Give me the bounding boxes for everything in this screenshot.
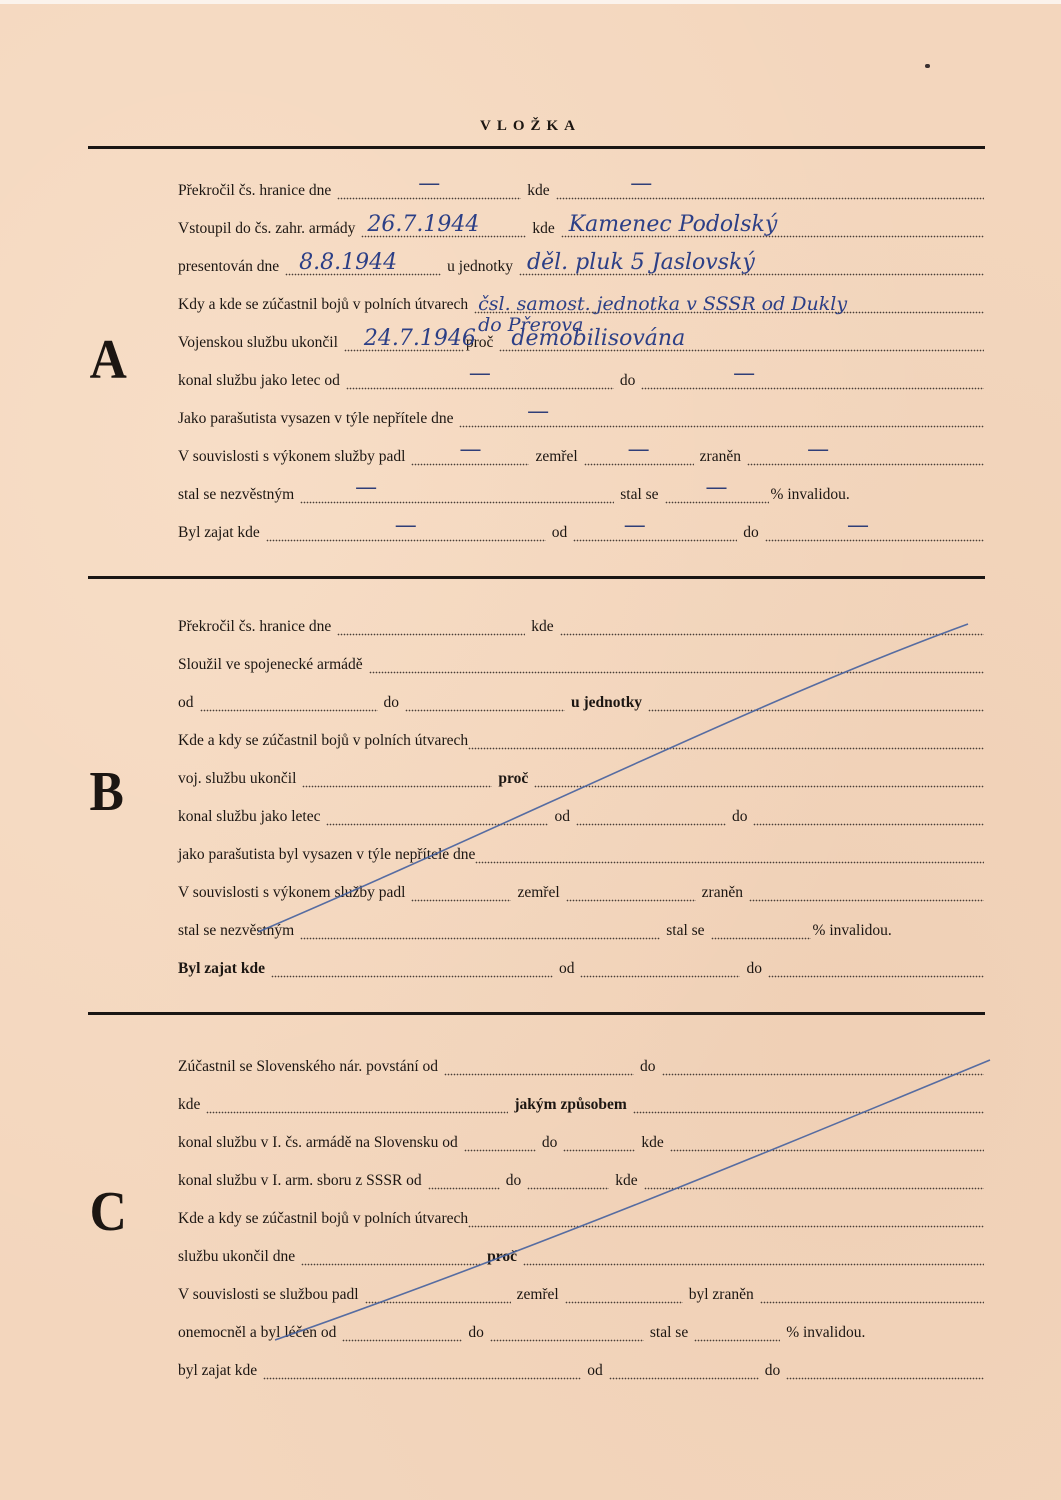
missing-field[interactable]: [300, 922, 660, 940]
page-top-edge: [0, 0, 1061, 4]
field-label: onemocněl a byl léčen od: [178, 1324, 342, 1342]
field-label: u jednotky: [565, 694, 648, 712]
fell-field[interactable]: —: [411, 448, 529, 466]
field-label: Vstoupil do čs. zahr. armády: [178, 220, 361, 238]
died-field[interactable]: [565, 1286, 683, 1304]
field-label: stal se: [614, 486, 664, 504]
section-a-row: Překročil čs. hranice dne — kde —: [178, 178, 984, 200]
field-label: do: [740, 960, 768, 978]
field-label: konal službu v I. čs. armádě na Slovensk…: [178, 1134, 464, 1152]
field-label: zemřel: [529, 448, 583, 466]
unit-field[interactable]: děl. pluk 5 Jaslovský: [519, 258, 984, 276]
field-label: od: [546, 524, 574, 542]
captured-to-field[interactable]: —: [765, 524, 984, 542]
invalidity-percent-field[interactable]: —: [665, 486, 769, 504]
section-b-rule: [88, 1012, 985, 1015]
combat-units-field[interactable]: [468, 1210, 984, 1228]
section-b-row: jako parašutista byl vysazen v týle nepř…: [178, 842, 984, 864]
slovak-army-from-field[interactable]: [464, 1134, 536, 1152]
section-a-letter: A: [90, 328, 127, 392]
service-end-date-field[interactable]: [301, 1248, 481, 1266]
field-label: službu ukončil dne: [178, 1248, 301, 1266]
title-rule: [88, 146, 985, 149]
airman-to-field[interactable]: —: [641, 372, 984, 390]
field-label: do: [614, 372, 642, 390]
ussr-corps-place-field[interactable]: [644, 1172, 984, 1190]
field-label: Kde a kdy se zúčastnil bojů v polních út…: [178, 732, 468, 750]
handwritten-value: —: [747, 438, 889, 462]
illness-to-field[interactable]: [490, 1324, 644, 1342]
missing-field[interactable]: —: [300, 486, 614, 504]
handwritten-value: —: [665, 476, 769, 500]
section-b-row: Překročil čs. hranice dne kde: [178, 614, 984, 636]
section-b-row: voj. službu ukončil proč: [178, 766, 984, 788]
service-end-reason-field[interactable]: [523, 1248, 984, 1266]
field-label: Kde a kdy se zúčastnil bojů v polních út…: [178, 1210, 468, 1228]
field-suffix: % invalidou.: [769, 486, 856, 504]
handwritten-value: Kamenec Podolský: [569, 213, 992, 237]
field-label: stal se nezvěstným: [178, 922, 300, 940]
army-entry-place-field[interactable]: Kamenec Podolský: [561, 220, 984, 238]
captured-to-field[interactable]: [768, 960, 984, 978]
field-label: byl zajat kde: [178, 1362, 263, 1380]
uprising-place-field[interactable]: [206, 1096, 508, 1114]
section-a-row: Byl zajat kde — od — do —: [178, 520, 984, 542]
handwritten-value: —: [584, 438, 694, 462]
captured-from-field[interactable]: —: [573, 524, 737, 542]
field-label: do: [737, 524, 765, 542]
handwritten-value: demobilisována: [511, 327, 996, 351]
section-b-row: stal se nezvěstným stal se % invalidou.: [178, 918, 984, 940]
paratrooper-date-field[interactable]: [475, 846, 984, 864]
field-label: konal službu v I. arm. sboru z SSSR od: [178, 1172, 428, 1190]
field-label: proč: [481, 1248, 523, 1266]
border-crossing-place-field[interactable]: [560, 618, 984, 636]
handwritten-value: —: [641, 362, 847, 386]
airman-field[interactable]: [326, 808, 548, 826]
ussr-corps-to-field[interactable]: [527, 1172, 609, 1190]
section-a-row: V souvislosti s výkonem služby padl — ze…: [178, 444, 984, 466]
field-label: do: [462, 1324, 490, 1342]
combat-units-field[interactable]: [468, 732, 984, 750]
border-crossing-place-field[interactable]: —: [556, 182, 984, 200]
field-label: kde: [609, 1172, 643, 1190]
service-end-reason-field[interactable]: [534, 770, 984, 788]
section-c-letter: C: [90, 1180, 127, 1244]
field-label: Sloužil ve spojenecké armádě: [178, 656, 369, 674]
handwritten-value: —: [573, 514, 696, 538]
captured-place-field[interactable]: [263, 1362, 581, 1380]
captured-place-field[interactable]: —: [266, 524, 546, 542]
field-label: Zúčastnil se Slovenského nár. povstání o…: [178, 1058, 444, 1076]
uprising-to-field[interactable]: [662, 1058, 984, 1076]
captured-from-field[interactable]: [609, 1362, 759, 1380]
field-label: presentován dne: [178, 258, 285, 276]
field-label: Překročil čs. hranice dne: [178, 618, 337, 636]
captured-from-field[interactable]: [580, 960, 740, 978]
uprising-manner-field[interactable]: [633, 1096, 984, 1114]
field-suffix: % invalidou.: [780, 1324, 871, 1342]
captured-to-field[interactable]: [786, 1362, 984, 1380]
allied-unit-field[interactable]: [648, 694, 984, 712]
wounded-field[interactable]: [749, 884, 984, 902]
handwritten-value: —: [765, 514, 951, 538]
field-label: konal službu jako letec od: [178, 372, 346, 390]
paratrooper-date-field[interactable]: —: [459, 410, 984, 428]
field-label: Vojenskou službu ukončil: [178, 334, 344, 352]
section-b-row: Kde a kdy se zúčastnil bojů v polních út…: [178, 728, 984, 750]
field-label: jakým způsobem: [508, 1096, 632, 1114]
field-label: Kdy a kde se zúčastnil bojů v polních út…: [178, 296, 474, 314]
border-crossing-date-field[interactable]: [337, 618, 525, 636]
field-label: V souvislosti s výkonem služby padl: [178, 448, 411, 466]
section-a-row: Vstoupil do čs. zahr. armády 26.7.1944 k…: [178, 216, 984, 238]
field-label: stal se: [660, 922, 710, 940]
field-label: byl zraněn: [683, 1286, 760, 1304]
handwritten-value: —: [556, 172, 727, 196]
captured-place-field[interactable]: [271, 960, 553, 978]
field-label: do: [536, 1134, 564, 1152]
field-label: proč: [492, 770, 534, 788]
handwritten-value: —: [266, 514, 546, 538]
field-label: kde: [521, 182, 555, 200]
section-b-row: konal službu jako letec od do: [178, 804, 984, 826]
field-label: od: [581, 1362, 609, 1380]
field-label: konal službu jako letec: [178, 808, 326, 826]
field-label: stal se nezvěstným: [178, 486, 300, 504]
field-label: stal se: [644, 1324, 694, 1342]
airman-from-field[interactable]: —: [346, 372, 614, 390]
service-end-date-field[interactable]: 24.7.1946: [344, 334, 464, 352]
died-field[interactable]: [566, 884, 696, 902]
handwritten-value: děl. pluk 5 Jaslovský: [527, 251, 992, 275]
field-label: Překročil čs. hranice dne: [178, 182, 337, 200]
section-a-row: Vojenskou službu ukončil 24.7.1946 proč …: [178, 330, 984, 352]
field-label: od: [548, 808, 576, 826]
field-label: Byl zajat kde: [178, 960, 271, 978]
section-b-letter: B: [89, 760, 123, 824]
field-label: zemřel: [511, 884, 565, 902]
invalidity-percent-field[interactable]: [694, 1324, 780, 1342]
section-a-row: stal se nezvěstným — stal se — % invalid…: [178, 482, 984, 504]
field-label: od: [178, 694, 200, 712]
illness-from-field[interactable]: [342, 1324, 462, 1342]
handwritten-value: 24.7.1946: [364, 327, 484, 351]
section-a-row: Jako parašutista vysazen v týle nepřítel…: [178, 406, 984, 428]
field-label: jako parašutista byl vysazen v týle nepř…: [178, 846, 475, 864]
ussr-corps-from-field[interactable]: [428, 1172, 500, 1190]
slovak-army-place-field[interactable]: [670, 1134, 984, 1152]
wounded-field[interactable]: —: [747, 448, 984, 466]
wounded-field[interactable]: [760, 1286, 984, 1304]
handwritten-value: —: [337, 172, 521, 196]
field-label: do: [378, 694, 406, 712]
combat-units-field[interactable]: čsl. samost. jednotka v SSSR od Dukly do…: [474, 296, 984, 314]
section-c-row: konal službu v I. čs. armádě na Slovensk…: [178, 1130, 984, 1152]
section-c-row: byl zajat kde od do: [178, 1358, 984, 1380]
field-label: V souvislosti s výkonem služby padl: [178, 884, 411, 902]
field-label: kde: [635, 1134, 669, 1152]
died-field[interactable]: —: [584, 448, 694, 466]
field-label: do: [634, 1058, 662, 1076]
field-label: kde: [525, 618, 559, 636]
section-a-rule: [88, 576, 985, 579]
field-label: V souvislosti se službou padl: [178, 1286, 365, 1304]
field-label: do: [500, 1172, 528, 1190]
section-b-row: Sloužil ve spojenecké armádě: [178, 652, 984, 674]
service-end-date-field[interactable]: [302, 770, 492, 788]
invalidity-percent-field[interactable]: [711, 922, 811, 940]
section-c-row: službu ukončil dne proč: [178, 1244, 984, 1266]
section-c-row: kde jakým způsobem: [178, 1092, 984, 1114]
section-c-row: konal službu v I. arm. sboru z SSSR od d…: [178, 1168, 984, 1190]
fell-field[interactable]: [365, 1286, 511, 1304]
handwritten-value: —: [346, 362, 614, 386]
paper-speck: [925, 64, 930, 68]
document-title: VLOŽKA: [0, 118, 1061, 135]
army-entry-date-field[interactable]: 26.7.1944: [361, 220, 526, 238]
section-c-row: onemocněl a byl léčen od do stal se % in…: [178, 1320, 984, 1342]
handwritten-value: —: [411, 438, 529, 462]
field-label: kde: [178, 1096, 206, 1114]
handwritten-value: —: [300, 476, 432, 500]
section-a-row: presentován dne 8.8.1944 u jednotky děl.…: [178, 254, 984, 276]
allied-from-field[interactable]: [200, 694, 378, 712]
section-b-row: od do u jednotky: [178, 690, 984, 712]
handwritten-value: 8.8.1944: [299, 251, 455, 275]
field-label: Jako parašutista vysazen v týle nepřítel…: [178, 410, 459, 428]
section-c-row: V souvislosti se službou padl zemřel byl…: [178, 1282, 984, 1304]
airman-from-field[interactable]: [576, 808, 726, 826]
section-b-row: Byl zajat kde od do: [178, 956, 984, 978]
airman-to-field[interactable]: [753, 808, 984, 826]
field-suffix: % invalidou.: [811, 922, 898, 940]
field-label: zemřel: [511, 1286, 565, 1304]
border-crossing-date-field[interactable]: —: [337, 182, 521, 200]
field-label: zraněn: [694, 448, 747, 466]
handwritten-value: —: [459, 400, 616, 424]
slovak-army-to-field[interactable]: [563, 1134, 635, 1152]
handwritten-value: 26.7.1944: [367, 213, 532, 237]
section-a-row: Kdy a kde se zúčastnil bojů v polních út…: [178, 292, 984, 314]
field-label: Byl zajat kde: [178, 524, 266, 542]
section-a-row: konal službu jako letec od — do —: [178, 368, 984, 390]
field-label: voj. službu ukončil: [178, 770, 302, 788]
field-label: od: [553, 960, 581, 978]
section-c-row: Zúčastnil se Slovenského nár. povstání o…: [178, 1054, 984, 1076]
uprising-from-field[interactable]: [444, 1058, 634, 1076]
service-end-reason-field[interactable]: demobilisována: [499, 334, 984, 352]
section-b-row: V souvislosti s výkonem služby padl zemř…: [178, 880, 984, 902]
field-label: do: [759, 1362, 787, 1380]
presented-date-field[interactable]: 8.8.1944: [285, 258, 441, 276]
section-c-row: Kde a kdy se zúčastnil bojů v polních út…: [178, 1206, 984, 1228]
fell-field[interactable]: [411, 884, 511, 902]
allied-army-field[interactable]: [369, 656, 984, 674]
field-label: do: [726, 808, 754, 826]
field-label: zraněn: [696, 884, 749, 902]
allied-to-field[interactable]: [405, 694, 565, 712]
